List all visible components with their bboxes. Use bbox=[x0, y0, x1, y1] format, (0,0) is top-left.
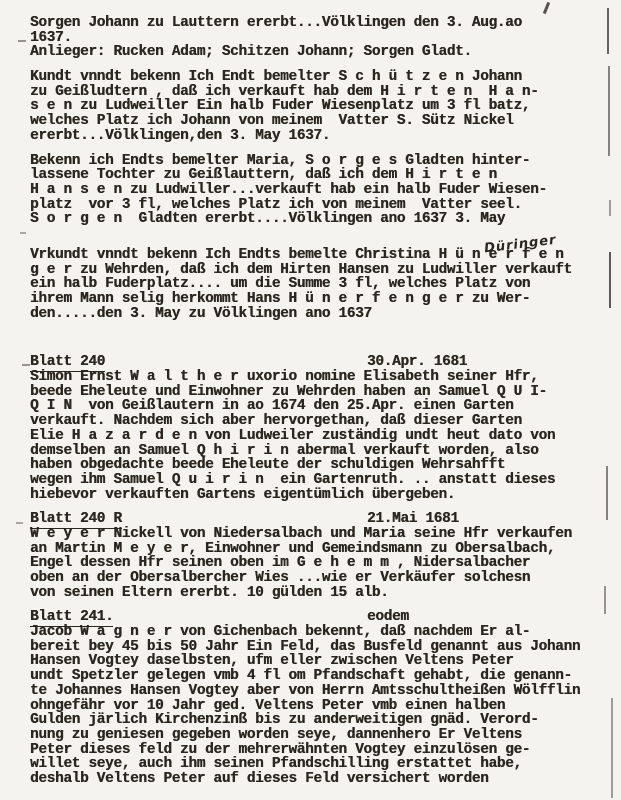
text-line: Gulden järlich Kirchenzinß bis zu anderw… bbox=[30, 713, 615, 728]
entry-section: Blatt 240 R21.Mai 1681W e y e r Nickell … bbox=[30, 512, 615, 600]
scan-artifact bbox=[609, 252, 611, 308]
entry-heading: Blatt 240 bbox=[30, 354, 105, 372]
text-line: S o r g e n Gladten ererbt....Völklingen… bbox=[30, 212, 615, 227]
entry-heading-row: Blatt 24030.Apr. 1681 bbox=[30, 355, 615, 370]
paragraph-section: Vrkundt vnndt bekenn Ich Endts bemelte C… bbox=[30, 248, 615, 321]
text-line: W e y e r Nickell von Niedersalbach und … bbox=[30, 527, 615, 542]
text-line: Hansen Vogtey daselbsten, ufm eller zwis… bbox=[30, 654, 615, 669]
text-line: hiebevor verkauften Gartens eigentümlich… bbox=[30, 488, 615, 503]
text-line: Bekenn ich Endts bemelter Maria, S o r g… bbox=[30, 154, 615, 169]
text-line: oben an der Obersalbercher Wies ...wie e… bbox=[30, 571, 615, 586]
text-line: Engel dessen Hfr seinen oben im G e h e … bbox=[30, 556, 615, 571]
entry-heading-row: Blatt 240 R21.Mai 1681 bbox=[30, 512, 615, 527]
text-line: bereit bey 45 bis 50 Jahr Ein Feld, das … bbox=[30, 640, 615, 655]
text-line: lassene Tochter zu Geißlauttern, daß ich… bbox=[30, 168, 615, 183]
text-line: deshalb Veltens Peter auf dieses Feld ve… bbox=[30, 772, 615, 787]
text-line: Jacob W a g n e r von Gichenbach bekennt… bbox=[30, 625, 615, 640]
entry-section: Blatt 24030.Apr. 1681Simon Ernst W a l t… bbox=[30, 355, 615, 502]
text-line: wegen ihm Samuel Q u i r i n ein Gartenr… bbox=[30, 473, 615, 488]
scan-artifact bbox=[16, 522, 23, 524]
scan-artifact bbox=[543, 2, 550, 14]
text-line: Peter dieses feld zu der mehrerwähnten V… bbox=[30, 743, 615, 758]
text-line: ihrem Mann selig herkommt Hans H ü n e r… bbox=[30, 292, 615, 307]
entry-date: 21.Mai 1681 bbox=[367, 512, 459, 527]
scan-artifact bbox=[20, 232, 26, 234]
scan-artifact bbox=[18, 40, 26, 42]
paragraph-section: Sorgen Johann zu Lauttern ererbt...Völkl… bbox=[30, 16, 615, 60]
text-line: Elie H a z a r d e n von Ludweiler zustä… bbox=[30, 429, 615, 444]
text-line: haben obgedachte beede Eheleute der schu… bbox=[30, 458, 615, 473]
text-line: ohngefähr vor 10 Jahr ged. Veltens Peter… bbox=[30, 699, 615, 714]
scan-artifact bbox=[611, 698, 613, 798]
text-line: ein halb Fuderplatz.... um die Summe 3 f… bbox=[30, 277, 615, 292]
text-line: zu Geißludtern , daß ich verkauft hab de… bbox=[30, 85, 615, 100]
text-line: den.....den 3. May zu Völklingen ano 163… bbox=[30, 307, 615, 322]
text-line: ererbt...Völklingen,den 3. May 1637. bbox=[30, 129, 615, 144]
text-line: willet seye, auch ihm seinen Pfandschill… bbox=[30, 757, 615, 772]
entry-heading: Blatt 240 R bbox=[30, 511, 122, 529]
entry-date: 30.Apr. 1681 bbox=[367, 355, 467, 370]
text-line: an Martin M e y e r, Einwohner und Gemei… bbox=[30, 542, 615, 557]
entry-heading-row: Blatt 241.eodem bbox=[30, 610, 615, 625]
text-line: 1637. bbox=[30, 31, 615, 46]
entry-section: Blatt 241.eodemJacob W a g n e r von Gic… bbox=[30, 610, 615, 786]
text-line: Kundt vnndt bekenn Ich Endt bemelter S c… bbox=[30, 70, 615, 85]
text-line: Sorgen Johann zu Lauttern ererbt...Völkl… bbox=[30, 16, 615, 31]
text-line: undt Spetzler gelegen vmb 4 fl om Pfands… bbox=[30, 669, 615, 684]
scan-artifact bbox=[609, 200, 611, 216]
text-line: demselben an Samuel Q h i r i n abermal … bbox=[30, 444, 615, 459]
text-line: von seinen Eltern ererbt. 10 gülden 15 a… bbox=[30, 586, 615, 601]
text-line: te Johannes Hansen Vogtey aber von Herrn… bbox=[30, 684, 615, 699]
paragraph-section: Kundt vnndt bekenn Ich Endt bemelter S c… bbox=[30, 70, 615, 143]
scan-artifact bbox=[22, 364, 30, 366]
text-line: Simon Ernst W a l t h e r uxorio nomine … bbox=[30, 370, 615, 385]
paragraph-section: Bekenn ich Endts bemelter Maria, S o r g… bbox=[30, 154, 615, 227]
text-line: H a n s e n zu Ludwiller...verkauft hab … bbox=[30, 183, 615, 198]
document-body: Sorgen Johann zu Lauttern ererbt...Völkl… bbox=[30, 16, 615, 787]
text-line: beede Eheleute und Einwohner zu Wehrden … bbox=[30, 385, 615, 400]
scan-artifact bbox=[604, 586, 606, 614]
text-line: nung zu geniesen gegeben worden seye, da… bbox=[30, 728, 615, 743]
entry-heading: Blatt 241. bbox=[30, 609, 113, 627]
text-line: Anlieger: Rucken Adam; Schitzen Johann; … bbox=[30, 45, 615, 60]
text-line: Q I N von Geißlautern in ao 1674 den 25.… bbox=[30, 399, 615, 414]
scan-artifact bbox=[607, 8, 609, 54]
text-line: welches Platz ich Johann von meinem Vatt… bbox=[30, 114, 615, 129]
text-line: platz vor 3 fl, welches Platz ich von me… bbox=[30, 198, 615, 213]
scan-artifact bbox=[608, 66, 610, 156]
text-line: s e n zu Ludweiller Ein halb Fuder Wiese… bbox=[30, 99, 615, 114]
scan-artifact bbox=[606, 466, 608, 520]
entry-date: eodem bbox=[367, 610, 409, 625]
scanned-document-page: { "page": { "background": "#f5f3ef", "in… bbox=[0, 0, 621, 800]
text-line: verkauft. Nachdem sich aber hervorgethan… bbox=[30, 414, 615, 429]
text-line: g e r zu Wehrden, daß ich dem Hirten Han… bbox=[30, 263, 615, 278]
